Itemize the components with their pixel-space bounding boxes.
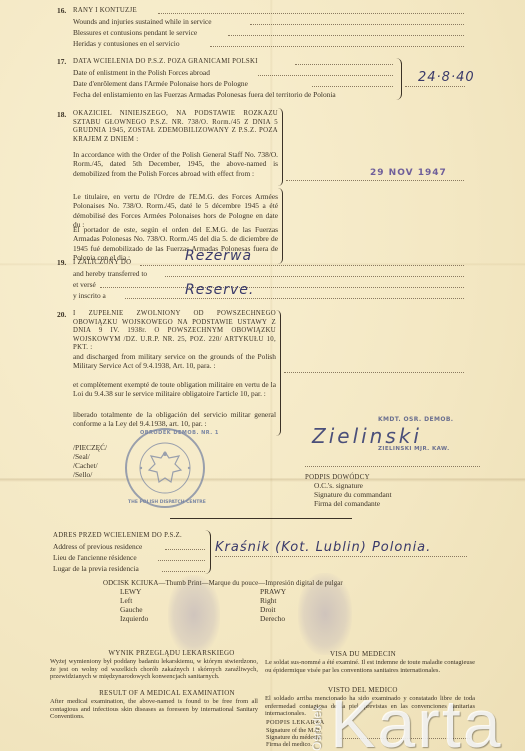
dotted-line <box>165 549 205 550</box>
dotted-line <box>250 24 464 25</box>
medical-text-en: After medical examination, the above-nam… <box>50 698 258 721</box>
eagle-emblem-icon <box>127 430 203 506</box>
bracket <box>278 188 283 264</box>
seal-label-en: /Seal/ <box>73 452 90 461</box>
left-thumb-label-es: Izquierdo <box>120 615 148 624</box>
wounds-label-fr: Blessures et contusions pendant le servi… <box>73 28 197 38</box>
official-seal-stamp <box>125 428 205 508</box>
wounds-label-en: Wounds and injuries sustained while in s… <box>73 17 212 27</box>
seal-text-bottom: THE POLISH DISPATCH CENTRE <box>128 500 206 505</box>
dotted-line <box>215 556 467 557</box>
enlistment-label-es: Fecha del enlistamiento en las Fuerzas A… <box>73 90 336 100</box>
transfer-label-pl: I ZALICZONY DO <box>73 258 131 268</box>
section-number: 16. <box>57 6 66 16</box>
bracket <box>276 310 281 436</box>
doctor-signature-label-es: Firma del medico. <box>266 741 312 748</box>
signature-line <box>305 466 480 467</box>
commander-stamp-name: ZIELINSKI MJR. KAW. <box>378 446 450 452</box>
seal-label-es: /Sello/ <box>73 470 92 479</box>
enlistment-label-en: Date of enlistment in the Polish Forces … <box>73 68 210 78</box>
seal-text-top: OBRODEK DEMOB. NR. 1 <box>140 430 219 436</box>
address-label-pl: ADRES PRZED WCIELENIEM DO P.S.Z. <box>53 531 182 541</box>
dotted-line <box>295 64 393 65</box>
wounds-label-pl: RANY I KONTUZJE <box>73 6 137 16</box>
divider <box>170 518 352 519</box>
section-number: 17. <box>57 57 66 67</box>
demobilization-text-fr: Le titulaire, en vertu de l'Ordre de l'E… <box>73 192 278 229</box>
dotted-line <box>140 265 464 266</box>
seal-label-fr: /Cachet/ <box>73 461 98 470</box>
bracket <box>278 108 283 186</box>
dotted-line <box>405 86 465 87</box>
demobilization-text-en: In accordance with the Order of the Poli… <box>73 150 278 178</box>
discharge-text-pl: I ZUPEŁNIE ZWOLNIONY OD POWSZECHNEGO OBO… <box>73 310 276 353</box>
section-number: 19. <box>57 258 66 268</box>
medical-text-pl: Wyżej wymieniony był poddany badaniu lek… <box>50 658 258 681</box>
bracket <box>396 58 402 100</box>
seal-label-pl: /PIECZĘĆ/ <box>73 443 107 452</box>
dotted-line <box>100 287 464 288</box>
dotted-line <box>162 571 205 572</box>
transfer-label-es: y inscrito a <box>73 291 106 301</box>
enlistment-label-fr: Date d'enrôlement dans l'Armée Polonaise… <box>73 79 248 89</box>
address-label-en: Address of previous residence <box>53 542 142 552</box>
wounds-label-es: Heridas y contusiones en el servicio <box>73 39 180 49</box>
transfer-value-pl: Rezerwa <box>185 248 252 264</box>
address-label-es: Lugar de la previa residencia <box>53 564 139 574</box>
demobilization-date-stamp: 29 NOV 1947 <box>370 168 447 178</box>
dotted-line <box>158 560 205 561</box>
dotted-line <box>228 35 464 36</box>
discharge-text-fr: et complètement exempté de toute obligat… <box>73 380 276 399</box>
dotted-line <box>312 86 393 87</box>
enlistment-date-value: 24·8·40 <box>418 70 475 85</box>
medical-text-fr: Le soldat sus-nommé a été examiné. Il es… <box>265 659 475 674</box>
dotted-line <box>165 276 464 277</box>
transfer-label-en: and hereby transferred to <box>73 269 147 279</box>
dotted-line <box>210 46 464 47</box>
right-thumb-label-es: Derecho <box>260 615 285 624</box>
dotted-line <box>125 298 464 299</box>
commander-signature: Zielinski <box>312 424 422 448</box>
previous-residence-value: Kraśnik (Kot. Lublin) Polonia. <box>215 540 431 555</box>
discharge-text-en: and discharged from military service on … <box>73 352 276 371</box>
address-label-fr: Lieu de l'ancienne résidence <box>53 553 137 563</box>
transfer-label-fr: et versé <box>73 280 96 290</box>
discharge-text-es: liberado totalmente de la obligación del… <box>73 410 276 429</box>
dotted-line <box>286 180 464 181</box>
watermark-brand: Karta <box>330 690 503 751</box>
section-number: 18. <box>57 110 66 120</box>
section-number: 20. <box>57 310 66 320</box>
commander-stamp-title: KMDT. OSR. DEMOB. <box>378 416 453 423</box>
transfer-value-es: Reserve. <box>185 282 254 298</box>
bracket <box>205 530 211 574</box>
demobilization-text-pl: OKAZICIEL NINIEJSZEGO, NA PODSTAWIE ROZK… <box>73 110 278 144</box>
commander-label-es: Firma del comandante <box>314 500 380 509</box>
watermark-prefix: Ośrodek <box>310 706 324 751</box>
dotted-line <box>158 13 464 14</box>
dotted-line <box>258 75 393 76</box>
enlistment-label-pl: DATA WCIELENIA DO P.S.Z. POZA GRANICAMI … <box>73 57 258 67</box>
dotted-line <box>284 372 464 373</box>
